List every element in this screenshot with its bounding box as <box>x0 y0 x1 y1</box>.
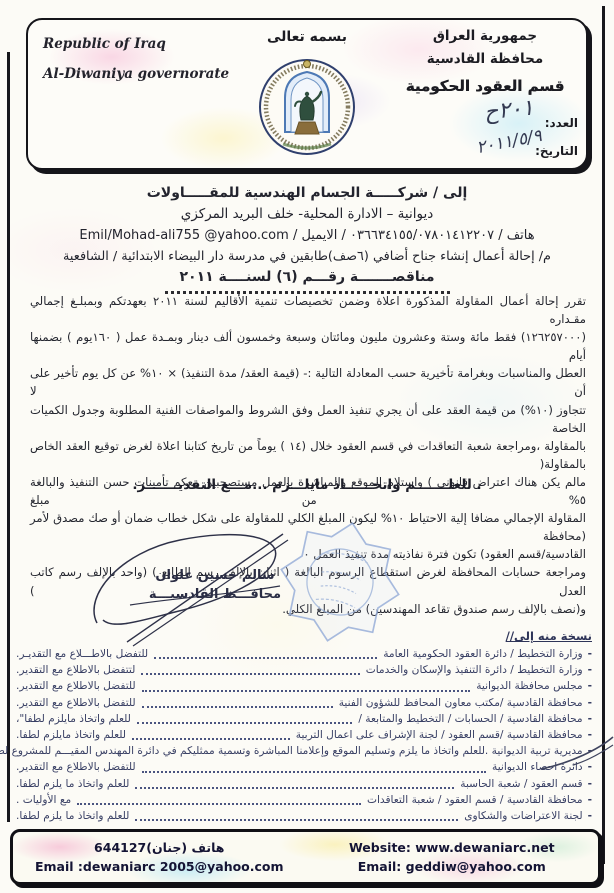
cc-item: -مديرية تربية الديوانية .للعلم واتخاذ ما… <box>16 743 592 759</box>
ref-number-handwritten: ٢٠١ح <box>483 95 535 125</box>
cc-item: -مجلس محافظة الديوانيةللتفضل بالاطلاع مع… <box>16 678 592 694</box>
addressee-company: إلى / شركـــــة الجسام الهندسية للمقــــ… <box>0 183 614 204</box>
date-label: التاريخ: <box>535 144 578 158</box>
footer-website: Website: www.dewaniarc.net <box>306 838 599 857</box>
country-name-arabic: جمهورية العراق <box>396 28 574 44</box>
cc-item: -وزارة التخطيط / دائرة العقود الحكومية ا… <box>16 646 592 662</box>
dot-leader <box>135 787 454 789</box>
dash-bullet: - <box>588 711 592 727</box>
closing-line: . للعلـــــــم واتخــــــاذ مايلـــزم ..… <box>0 477 614 493</box>
dot-leader <box>135 819 458 821</box>
addressee-block: إلى / شركـــــة الجسام الهندسية للمقــــ… <box>0 183 614 294</box>
cc-item: -قسم العقود / شعبة الحاسبةللعلم واتخاذ م… <box>16 776 592 792</box>
dot-leader <box>142 690 471 692</box>
signer-title: محافـــظ القادسيـــة <box>130 587 300 602</box>
cc-item: -محافظة القادسية /مكتب معاون المحافظ للش… <box>16 695 592 711</box>
scan-border-left <box>7 52 10 822</box>
footer-web-block: Website: www.dewaniarc.net Email: geddiw… <box>306 838 599 877</box>
dot-leader <box>154 657 377 659</box>
footer-phone-line: 644127هاتف (جنان) <box>13 838 306 857</box>
dash-bullet: - <box>588 695 592 711</box>
addressee-contact: هاتف / ٠٣٦٦٣٤١٥٥/٠٧٨٠١٤١٢٢٠٧ / الايميل /… <box>0 225 614 246</box>
dot-leader <box>142 706 333 708</box>
handwritten-mark-icon <box>539 735 614 785</box>
dot-leader <box>132 738 290 740</box>
department-name: قسم العقود الحكومية <box>396 77 574 95</box>
dash-bullet: - <box>588 678 592 694</box>
footer-email-dewaniarc: Email :dewaniarc 2005@yahoo.com <box>13 857 306 876</box>
body-line: العطل والمناسبات وبغرامة تأخيرية حسب الم… <box>30 364 586 400</box>
governorate-name-english: Al-Diwaniya governorate <box>43 66 229 82</box>
footer: 644127هاتف (جنان) Email :dewaniarc 2005@… <box>10 829 601 885</box>
body-line: (١٢٦٢٥٧٠٠٠) فقط مائة وستة وعشرون مليون و… <box>30 328 586 364</box>
addressee-email: Emil/Mohad-ali755 @yahoo.com <box>79 228 288 243</box>
header-arabic-block: جمهورية العراق محافظة القادسية قسم العقو… <box>396 28 574 95</box>
basmala-text: بسمه تعالى <box>267 29 347 45</box>
scanned-letter-page: Republic of Iraq Al-Diwaniya governorate… <box>0 0 614 893</box>
dash-bullet: - <box>588 792 592 808</box>
signer-name: سالم حسين علوان <box>130 568 300 583</box>
governorate-seal-icon <box>255 50 359 162</box>
body-line: تتجاوز (١٠%) من قيمة العقد على أن يجري ت… <box>30 401 586 437</box>
dash-bullet: - <box>588 662 592 678</box>
dot-leader <box>142 771 486 773</box>
cc-item: -محافظة القادسية /قسم العقود / لجنة الإش… <box>16 727 592 743</box>
addressee-address: ديوانية – الادارة المحلية- خلف البريد ال… <box>0 204 614 225</box>
footer-email-geddiw: Email: geddiw@yahoo.com <box>306 857 599 876</box>
cc-heading: نسخة منه إلى// <box>16 629 592 643</box>
date-handwritten: ٢٠١١/٥/٩ <box>474 126 543 158</box>
ref-number-label: العدد: <box>545 116 578 130</box>
governorate-name-arabic: محافظة القادسية <box>396 51 574 67</box>
cc-list: نسخة منه إلى// -وزارة التخطيط / دائرة ال… <box>16 629 592 824</box>
cc-item: -لجنة الاعتراضات والشكاوىللعلم واتخاذ ما… <box>16 808 592 824</box>
letterhead: Republic of Iraq Al-Diwaniya governorate… <box>26 18 588 170</box>
dot-leader <box>77 803 361 805</box>
body-line: تقرر إحالة أعمال المقاولة المذكورة اعلاة… <box>30 292 586 328</box>
dot-leader <box>137 722 352 724</box>
subject-line: م/ إحالة أعمال إنشاء جناح أضافي (٦صف)طاب… <box>0 246 614 267</box>
tender-number-line: مناقصـــــــة رقـــم (٦) لسنــــة ٢٠١١ <box>0 267 614 287</box>
cc-item: -دائرة احصاء الديوانيةللتفضل بالاطلاع مع… <box>16 759 592 775</box>
star-stamp-icon <box>276 518 404 646</box>
dot-leader <box>141 673 359 675</box>
cc-item: -وزارة التخطيط / دائرة التنفيذ والإسكان … <box>16 662 592 678</box>
cc-item: -محافظة القادسية / الحسابات / التخطيط وا… <box>16 711 592 727</box>
footer-phone-block: 644127هاتف (جنان) Email :dewaniarc 2005@… <box>13 838 306 877</box>
cc-item: -محافظة القادسية / قسم العقود / شعبة الت… <box>16 792 592 808</box>
dash-bullet: - <box>588 808 592 824</box>
dash-bullet: - <box>588 646 592 662</box>
country-name-english: Republic of Iraq <box>43 36 166 52</box>
body-line: بالمقاولة ،ومراجعة شعبة التعاقدات في قسم… <box>30 437 586 473</box>
